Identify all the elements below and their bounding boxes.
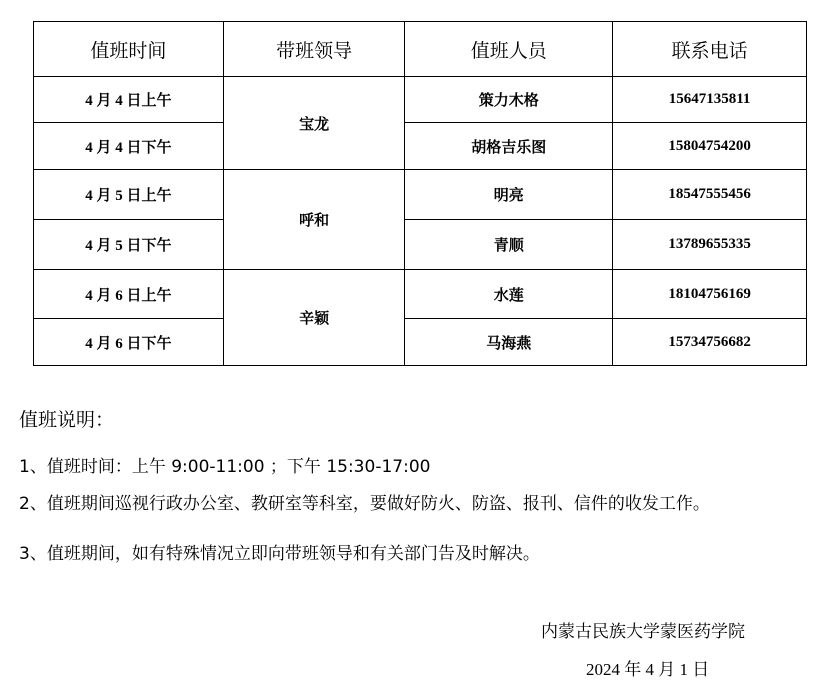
staff-cell: 明亮	[405, 170, 613, 220]
duty-schedule-table: 值班时间 带班领导 值班人员 联系电话 4 月 4 日上午 宝龙 策力木格 15…	[33, 21, 807, 366]
note-item-2: 2、值班期间巡视行政办公室、教研室等科室，要做好防火、防盗、报刊、信件的收发工作…	[19, 489, 710, 514]
signature-date: 2024 年 4 月 1 日	[586, 655, 709, 680]
duty-time-cell: 4 月 5 日上午	[34, 170, 224, 220]
phone-cell: 15734756682	[613, 319, 807, 366]
phone-cell: 18104756169	[613, 270, 807, 319]
notes-title: 值班说明：	[19, 405, 114, 432]
phone-cell: 18547555456	[613, 170, 807, 220]
leader-cell: 呼和	[223, 170, 405, 270]
leader-cell: 辛颖	[223, 270, 405, 366]
phone-cell: 13789655335	[613, 220, 807, 270]
phone-cell: 15647135811	[613, 77, 807, 123]
staff-cell: 马海燕	[405, 319, 613, 366]
note-item-3: 3、值班期间，如有特殊情况立即向带班领导和有关部门告及时解决。	[19, 539, 540, 564]
staff-cell: 青顺	[405, 220, 613, 270]
header-duty-time: 值班时间	[34, 22, 224, 77]
phone-cell: 15804754200	[613, 123, 807, 170]
duty-time-cell: 4 月 5 日下午	[34, 220, 224, 270]
table-row: 4 月 4 日下午 胡格吉乐图 15804754200	[34, 123, 807, 170]
header-phone: 联系电话	[613, 22, 807, 77]
staff-cell: 策力木格	[405, 77, 613, 123]
duty-time-cell: 4 月 4 日上午	[34, 77, 224, 123]
signature-organization: 内蒙古民族大学蒙医药学院	[541, 617, 745, 642]
leader-cell: 宝龙	[223, 77, 405, 170]
note-item-1: 1、值班时间：上午 9:00-11:00 ；下午 15:30-17:00	[19, 452, 430, 477]
table-row: 4 月 5 日下午 青顺 13789655335	[34, 220, 807, 270]
header-leader: 带班领导	[223, 22, 405, 77]
table-header-row: 值班时间 带班领导 值班人员 联系电话	[34, 22, 807, 77]
table-row: 4 月 5 日上午 呼和 明亮 18547555456	[34, 170, 807, 220]
table-row: 4 月 4 日上午 宝龙 策力木格 15647135811	[34, 77, 807, 123]
staff-cell: 胡格吉乐图	[405, 123, 613, 170]
duty-time-cell: 4 月 6 日下午	[34, 319, 224, 366]
duty-time-cell: 4 月 6 日上午	[34, 270, 224, 319]
table-row: 4 月 6 日下午 马海燕 15734756682	[34, 319, 807, 366]
duty-time-cell: 4 月 4 日下午	[34, 123, 224, 170]
staff-cell: 水莲	[405, 270, 613, 319]
header-staff: 值班人员	[405, 22, 613, 77]
table-row: 4 月 6 日上午 辛颖 水莲 18104756169	[34, 270, 807, 319]
